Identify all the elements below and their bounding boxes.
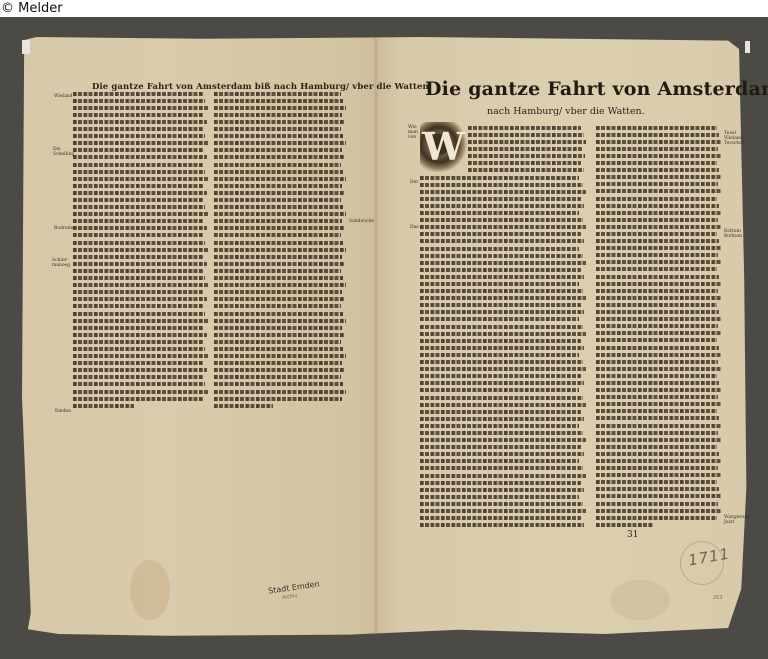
- text-line: [214, 133, 343, 140]
- text-line: [596, 152, 721, 159]
- text-line: [73, 97, 205, 104]
- text-line: [214, 168, 343, 175]
- text-line: [596, 386, 722, 393]
- text-line: [214, 374, 341, 381]
- text-line: [596, 230, 717, 237]
- text-line: [420, 394, 583, 401]
- text-line: [73, 374, 203, 381]
- text-line: [73, 388, 208, 395]
- text-line: [596, 223, 721, 230]
- text-line: [73, 303, 203, 310]
- text-line: [420, 209, 579, 216]
- text-line: [420, 217, 583, 224]
- text-line: [214, 303, 341, 310]
- text-line: [214, 182, 342, 189]
- text-line: [73, 246, 208, 253]
- text-line: [596, 145, 718, 152]
- text-line: [596, 408, 717, 415]
- margin-note: Rodrade: [54, 226, 73, 231]
- text-line: [420, 358, 583, 365]
- copyright-credit: © Melder: [0, 0, 768, 17]
- text-line: [420, 302, 581, 309]
- text-line: [73, 168, 205, 175]
- text-line: [73, 182, 204, 189]
- text-line: [214, 338, 341, 345]
- text-line: [73, 118, 207, 125]
- margin-note: Der: [410, 180, 418, 185]
- text-line: [420, 479, 581, 486]
- text-line: [214, 161, 341, 168]
- margin-note: Das: [410, 225, 419, 230]
- text-line: [596, 486, 719, 493]
- margin-note: Wie man von: [408, 125, 418, 140]
- text-line: [214, 189, 345, 196]
- text-line: [214, 360, 342, 367]
- text-line: [596, 436, 721, 443]
- text-line: [596, 287, 718, 294]
- text-line: [596, 159, 717, 166]
- text-line: [468, 131, 584, 138]
- text-line: [420, 174, 579, 181]
- text-line: [420, 401, 586, 408]
- text-line: [73, 204, 205, 211]
- text-line: [73, 218, 204, 225]
- text-line: [596, 521, 653, 528]
- text-line: [596, 330, 721, 337]
- text-line: [468, 167, 584, 174]
- text-line: [596, 365, 721, 372]
- text-line: [73, 324, 204, 331]
- text-line: [73, 140, 208, 147]
- text-line: [73, 360, 204, 367]
- text-line: [214, 253, 342, 260]
- right-text-column-2: [596, 124, 722, 529]
- text-line: [73, 310, 205, 317]
- right-text-column-1: [420, 174, 586, 529]
- text-line: [420, 245, 579, 252]
- text-line: [596, 507, 721, 514]
- right-text-column-1-top: [468, 124, 586, 174]
- text-line: [596, 294, 721, 301]
- text-line: [420, 231, 581, 238]
- text-line: [214, 154, 345, 161]
- left-text-column-1: [73, 90, 208, 410]
- text-line: [420, 429, 583, 436]
- page-number: 31: [627, 530, 638, 540]
- text-line: [73, 125, 203, 132]
- text-line: [420, 273, 584, 280]
- text-line: [214, 140, 346, 147]
- text-line: [596, 131, 719, 138]
- text-line: [214, 246, 346, 253]
- center-fold: [373, 37, 379, 637]
- text-line: [468, 152, 585, 159]
- text-line: [214, 388, 346, 395]
- page-subtitle: nach Hamburg/ vber die Watten.: [487, 106, 645, 117]
- text-line: [468, 124, 581, 131]
- text-line: [214, 402, 273, 409]
- text-line: [596, 479, 717, 486]
- text-line: [420, 195, 581, 202]
- text-line: [214, 175, 346, 182]
- text-line: [596, 245, 722, 252]
- text-line: [73, 111, 204, 118]
- text-line: [73, 267, 203, 274]
- text-line: [214, 232, 341, 239]
- text-line: [420, 408, 581, 415]
- margin-note: Wieland: [54, 94, 73, 99]
- text-line: [73, 331, 207, 338]
- text-line: [73, 345, 205, 352]
- text-line: [596, 457, 722, 464]
- text-line: [214, 90, 341, 97]
- text-line: [596, 188, 721, 195]
- text-line: [420, 266, 581, 273]
- text-line: [214, 310, 343, 317]
- text-line: [420, 465, 583, 472]
- text-line: [596, 372, 717, 379]
- text-line: [596, 415, 719, 422]
- text-line: [420, 188, 586, 195]
- pencil-annotation-small: 203: [713, 595, 723, 601]
- text-line: [73, 274, 205, 281]
- text-line: [420, 330, 586, 337]
- decorated-initial: W: [420, 122, 467, 172]
- text-line: [214, 211, 346, 218]
- text-line: [596, 266, 717, 273]
- margin-note: Rottum Borkum: [724, 229, 742, 239]
- text-line: [214, 204, 343, 211]
- text-line: [596, 216, 718, 223]
- text-line: [73, 154, 207, 161]
- text-line: [214, 267, 341, 274]
- text-line: [420, 344, 584, 351]
- text-line: [214, 352, 346, 359]
- text-line: [420, 507, 586, 514]
- text-line: [596, 429, 718, 436]
- text-line: [214, 367, 345, 374]
- text-line: [73, 104, 208, 111]
- text-line: [214, 274, 343, 281]
- text-line: [420, 280, 579, 287]
- text-line: [420, 444, 581, 451]
- text-line: [214, 289, 342, 296]
- text-line: [596, 493, 722, 500]
- text-line: [214, 331, 345, 338]
- text-line: [214, 260, 345, 267]
- text-line: [596, 259, 721, 266]
- text-line: [596, 337, 717, 344]
- text-line: [596, 238, 719, 245]
- text-line: [596, 323, 718, 330]
- text-line: [596, 394, 718, 401]
- text-line: [214, 296, 345, 303]
- text-line: [73, 253, 204, 260]
- text-line: [420, 224, 586, 231]
- text-line: [214, 317, 346, 324]
- text-line: [214, 196, 341, 203]
- text-line: [214, 118, 345, 125]
- text-line: [596, 308, 719, 315]
- text-line: [73, 90, 203, 97]
- text-line: [596, 181, 718, 188]
- text-line: [596, 316, 722, 323]
- text-line: [214, 239, 343, 246]
- text-line: [596, 273, 719, 280]
- text-line: [596, 167, 719, 174]
- text-line: [73, 296, 207, 303]
- text-line: [73, 175, 208, 182]
- page-title: Die gantze Fahrt von Amsterdam biß: [425, 78, 768, 100]
- text-line: [420, 415, 584, 422]
- text-line: [596, 174, 722, 181]
- text-line: [214, 381, 343, 388]
- text-line: [73, 161, 203, 168]
- paper-tear: [22, 40, 30, 54]
- text-line: [596, 252, 718, 259]
- text-line: [420, 252, 583, 259]
- text-line: [420, 515, 581, 522]
- text-line: [420, 337, 581, 344]
- margin-note: Wangeroog Juist: [724, 515, 750, 525]
- text-line: [420, 316, 579, 323]
- text-line: [73, 282, 208, 289]
- text-line: [468, 159, 581, 166]
- text-line: [73, 260, 207, 267]
- text-line: [420, 309, 584, 316]
- text-line: [596, 401, 721, 408]
- margin-note: Sandwiche: [349, 219, 374, 224]
- text-line: [73, 395, 204, 402]
- text-line: [73, 196, 203, 203]
- text-line: [596, 443, 717, 450]
- water-stain: [610, 580, 670, 620]
- text-line: [420, 373, 581, 380]
- text-line: [73, 381, 205, 388]
- text-line: [73, 338, 203, 345]
- text-line: [420, 486, 584, 493]
- text-line: [420, 181, 583, 188]
- text-line: [596, 358, 718, 365]
- text-line: [214, 125, 341, 132]
- text-line: [596, 450, 719, 457]
- text-line: [73, 289, 204, 296]
- text-line: [596, 301, 717, 308]
- text-line: [420, 295, 586, 302]
- text-line: [596, 379, 719, 386]
- text-line: [73, 239, 205, 246]
- text-line: [73, 367, 207, 374]
- water-stain: [130, 560, 170, 620]
- text-line: [214, 147, 342, 154]
- text-line: [420, 493, 579, 500]
- text-line: [73, 232, 203, 239]
- text-line: [596, 209, 722, 216]
- text-line: [214, 111, 342, 118]
- margin-note: Schier- manoeg: [52, 258, 70, 268]
- text-line: [73, 211, 208, 218]
- text-line: [420, 522, 584, 529]
- text-line: [214, 218, 342, 225]
- text-line: [214, 104, 346, 111]
- text-line: [214, 225, 345, 232]
- text-line: [73, 225, 207, 232]
- text-line: [420, 451, 584, 458]
- text-line: [73, 352, 208, 359]
- text-line: [420, 259, 586, 266]
- text-line: [214, 97, 343, 104]
- text-line: [73, 147, 204, 154]
- text-line: [73, 189, 207, 196]
- text-line: [420, 202, 584, 209]
- margin-note: Texel Vlieland Terschell: [724, 131, 745, 146]
- text-line: [468, 145, 582, 152]
- margin-note: Die Schelling: [53, 147, 74, 157]
- text-line: [596, 124, 717, 131]
- text-line: [596, 500, 718, 507]
- paper-tear: [745, 41, 750, 53]
- text-line: [596, 514, 717, 521]
- text-line: [420, 366, 586, 373]
- text-line: [214, 282, 346, 289]
- margin-note: Emden: [55, 409, 71, 414]
- text-line: [596, 351, 722, 358]
- text-line: [214, 324, 342, 331]
- text-line: [420, 380, 584, 387]
- text-line: [596, 422, 722, 429]
- text-line: [214, 395, 342, 402]
- text-line: [214, 345, 343, 352]
- text-line: [73, 317, 208, 324]
- text-line: [596, 202, 719, 209]
- text-line: [420, 458, 579, 465]
- text-line: [420, 323, 583, 330]
- text-line: [596, 280, 722, 287]
- text-line: [420, 387, 579, 394]
- text-line: [420, 288, 583, 295]
- text-line: [420, 436, 586, 443]
- text-line: [73, 402, 134, 409]
- text-line: [420, 500, 583, 507]
- text-line: [420, 351, 579, 358]
- left-text-column-2: [214, 90, 346, 410]
- text-line: [468, 138, 586, 145]
- text-line: [420, 238, 584, 245]
- text-line: [596, 465, 718, 472]
- text-line: [73, 133, 205, 140]
- text-line: [596, 344, 719, 351]
- text-line: [420, 422, 579, 429]
- text-line: [596, 472, 721, 479]
- text-line: [420, 472, 586, 479]
- text-line: [596, 138, 722, 145]
- text-line: [596, 195, 717, 202]
